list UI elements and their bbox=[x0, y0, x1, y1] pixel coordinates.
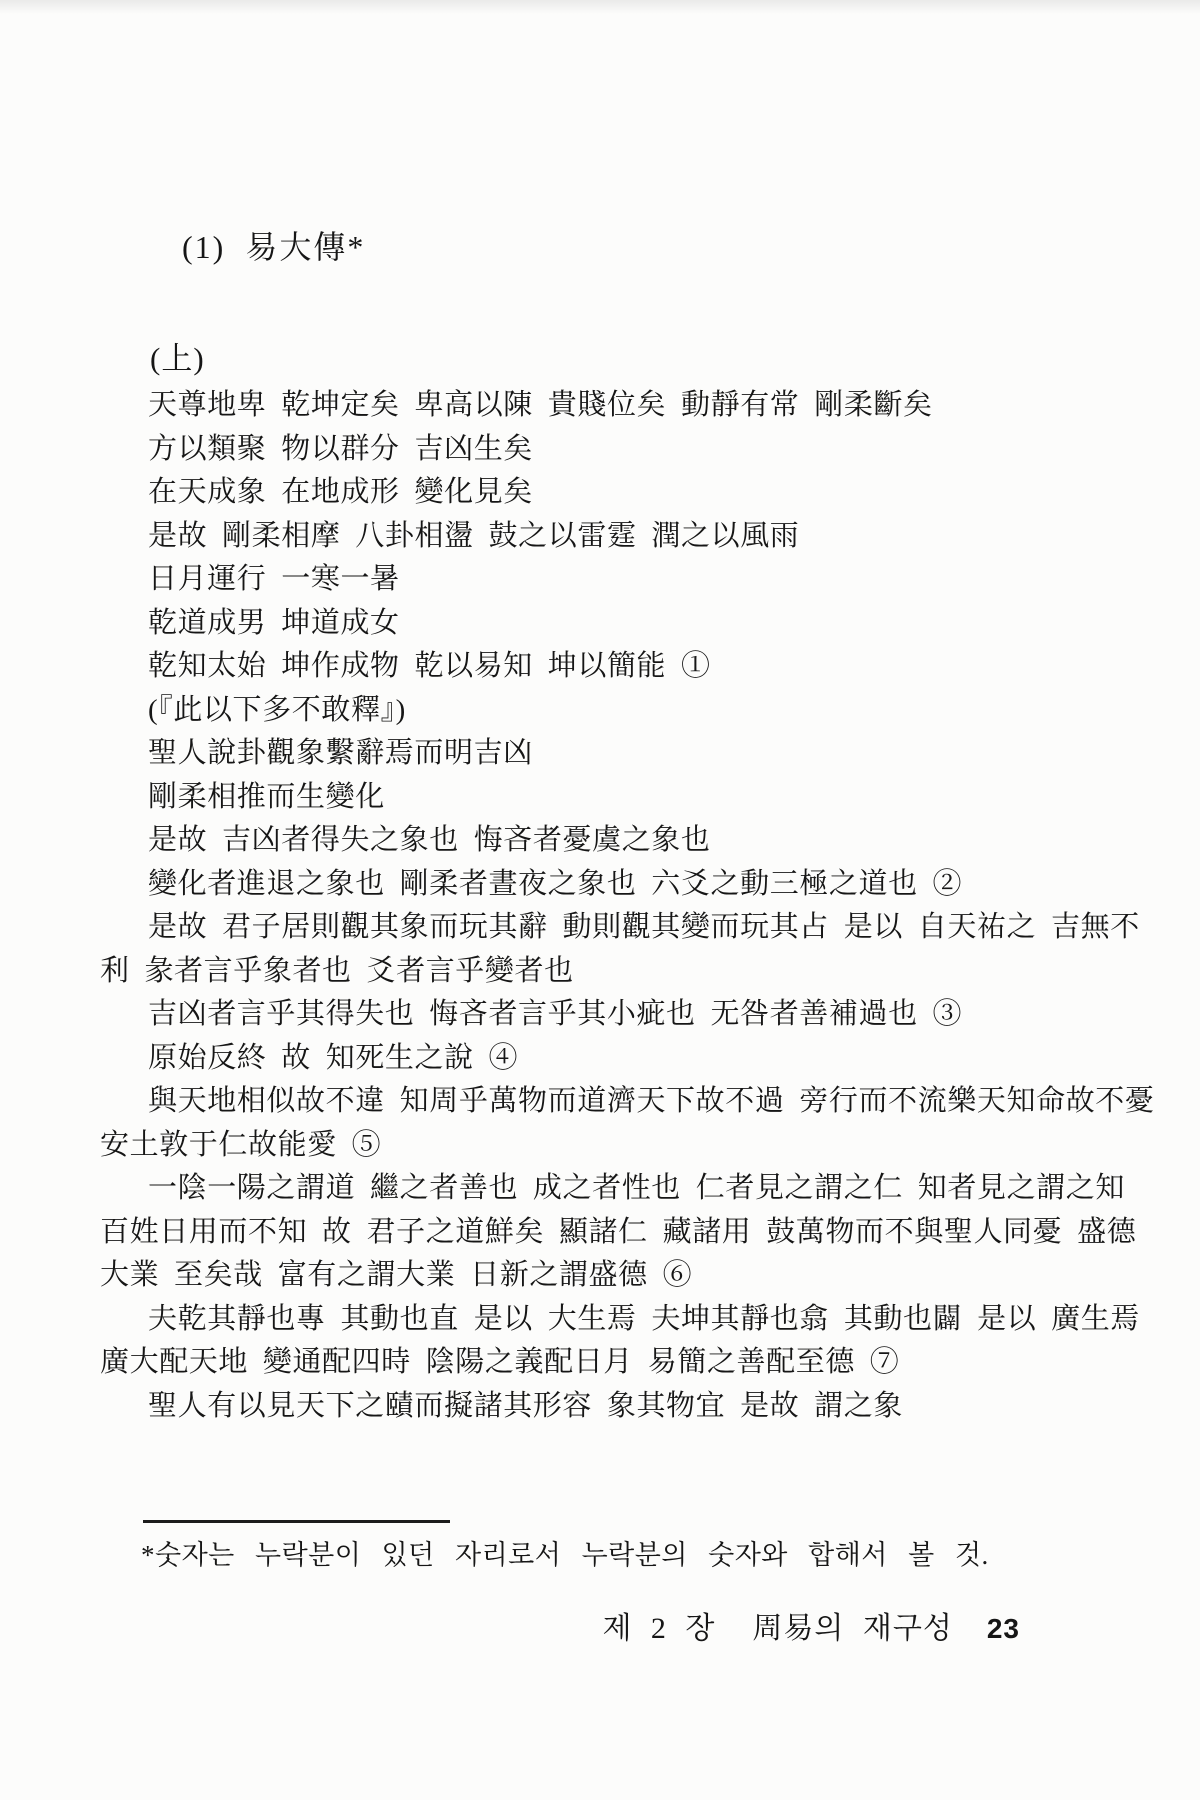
scanned-book-page: (1) 易大傳* (上) 天尊地卑 乾坤定矣 卑高以陳 貴賤位矣 動靜有常 剛柔… bbox=[0, 0, 1200, 1800]
footer-chapter-title: 제 2 장 周易의 재구성 bbox=[602, 1603, 952, 1647]
text-line: 是故 君子居則觀其象而玩其辭 動則觀其變而玩其占 是以 自天祐之 吉無不 bbox=[100, 906, 1105, 950]
text-line: 日月運行 一寒一暑 bbox=[100, 558, 1105, 602]
text-line: 聖人有以見天下之賾而擬諸其形容 象其物宜 是故 謂之象 bbox=[100, 1385, 1105, 1429]
page-footer: 제 2 장 周易의 재구성 23 bbox=[602, 1603, 1020, 1647]
text-line: 原始反終 故 知死生之說 ④ bbox=[100, 1037, 1105, 1081]
text-line: 夫乾其靜也專 其動也直 是以 大生焉 夫坤其靜也翕 其動也闢 是以 廣生焉 bbox=[100, 1298, 1105, 1342]
classical-text-block: 天尊地卑 乾坤定矣 卑高以陳 貴賤位矣 動靜有常 剛柔斷矣方以類聚 物以群分 吉… bbox=[100, 384, 1105, 1428]
footer-page-number: 23 bbox=[987, 1613, 1020, 1645]
text-line: 乾知太始 坤作成物 乾以易知 坤以簡能 ① bbox=[100, 645, 1105, 689]
text-line: 是故 吉凶者得失之象也 悔吝者憂虞之象也 bbox=[100, 819, 1105, 863]
text-line: 方以類聚 物以群分 吉凶生矣 bbox=[100, 428, 1105, 472]
text-line: 與天地相似故不違 知周乎萬物而道濟天下故不過 旁行而不流樂天知命故不憂 bbox=[100, 1080, 1105, 1124]
section-marker-upper: (上) bbox=[150, 333, 205, 378]
text-line: 大業 至矣哉 富有之謂大業 日新之謂盛德 ⑥ bbox=[100, 1254, 1105, 1298]
text-line: 在天成象 在地成形 變化見矣 bbox=[100, 471, 1105, 515]
text-line: 是故 剛柔相摩 八卦相盪 鼓之以雷霆 潤之以風雨 bbox=[100, 515, 1105, 559]
text-line: 變化者進退之象也 剛柔者晝夜之象也 六爻之動三極之道也 ② bbox=[100, 863, 1105, 907]
footnote-text: *숫자는 누락분이 있던 자리로서 누락분의 숫자와 합해서 볼 것. bbox=[141, 1533, 1001, 1572]
text-line: 百姓日用而不知 故 君子之道鮮矣 顯諸仁 藏諸用 鼓萬物而不與聖人同憂 盛德 bbox=[100, 1211, 1105, 1255]
footnote-divider bbox=[143, 1520, 450, 1523]
text-line: 天尊地卑 乾坤定矣 卑高以陳 貴賤位矣 動靜有常 剛柔斷矣 bbox=[100, 384, 1105, 428]
text-line: 利 彖者言乎象者也 爻者言乎變者也 bbox=[100, 950, 1105, 994]
scan-edge-shading bbox=[0, 0, 1200, 14]
text-line: 乾道成男 坤道成女 bbox=[100, 602, 1105, 646]
text-line: 一陰一陽之謂道 繼之者善也 成之者性也 仁者見之謂之仁 知者見之謂之知 bbox=[100, 1167, 1105, 1211]
text-line: (『此以下多不敢釋』) bbox=[100, 689, 1105, 733]
text-line: 安土敦于仁故能愛 ⑤ bbox=[100, 1124, 1105, 1168]
text-line: 聖人說卦觀象繫辭焉而明吉凶 bbox=[100, 732, 1105, 776]
text-line: 剛柔相推而生變化 bbox=[100, 776, 1105, 820]
text-line: 吉凶者言乎其得失也 悔吝者言乎其小疵也 无咎者善補過也 ③ bbox=[100, 993, 1105, 1037]
page-title: (1) 易大傳* bbox=[182, 222, 365, 268]
text-line: 廣大配天地 變通配四時 陰陽之義配日月 易簡之善配至德 ⑦ bbox=[100, 1341, 1105, 1385]
